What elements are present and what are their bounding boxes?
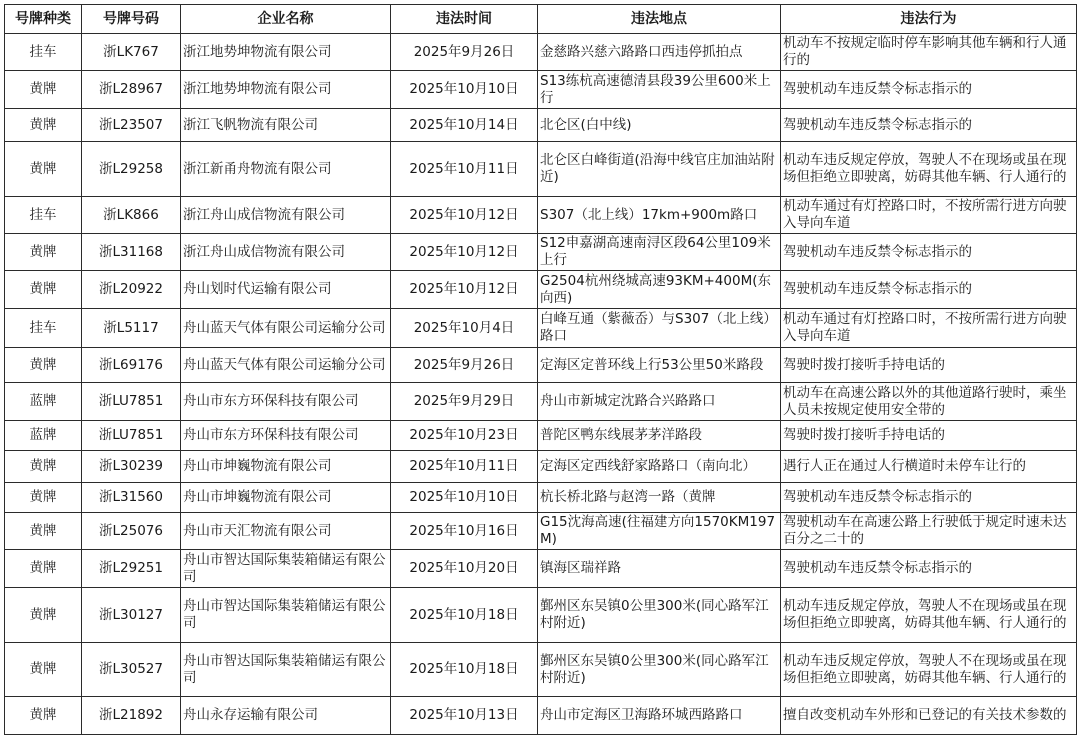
table-row: 黄牌浙L30527舟山市智达国际集装箱储运有限公司2025年10月18日鄞州区东…	[5, 643, 1077, 697]
cell-plate-number: 浙L69176	[82, 348, 181, 383]
cell-violation-location: 普陀区鸭东线展茅茅洋路段	[538, 421, 781, 451]
cell-violation-behavior: 驾驶时拨打接听手持电话的	[781, 348, 1077, 383]
cell-company-name: 浙江舟山成信物流有限公司	[181, 234, 391, 271]
table-row: 黄牌浙L31560舟山市坤巍物流有限公司2025年10月10日杭长桥北路与赵湾一…	[5, 483, 1077, 513]
cell-plate-number: 浙L29251	[82, 550, 181, 588]
cell-company-name: 舟山市天汇物流有限公司	[181, 513, 391, 550]
cell-violation-time: 2025年10月12日	[391, 197, 538, 234]
cell-plate-number: 浙LU7851	[82, 383, 181, 421]
table-row: 黄牌浙L30239舟山市坤巍物流有限公司2025年10月11日定海区定西线舒家路…	[5, 451, 1077, 483]
cell-violation-location: 北仑区白峰街道(沿海中线官庄加油站附近)	[538, 142, 781, 197]
cell-company-name: 舟山市智达国际集装箱储运有限公司	[181, 550, 391, 588]
table-row: 挂车浙L5117舟山蓝天气体有限公司运输分公司2025年10月4日白峰互通（紫薇…	[5, 309, 1077, 348]
cell-violation-location: 定海区定西线舒家路路口（南向北）	[538, 451, 781, 483]
cell-violation-time: 2025年9月29日	[391, 383, 538, 421]
table-row: 挂车浙LK866浙江舟山成信物流有限公司2025年10月12日S307（北上线）…	[5, 197, 1077, 234]
table-row: 黄牌浙L30127舟山市智达国际集装箱储运有限公司2025年10月18日鄞州区东…	[5, 588, 1077, 643]
cell-violation-location: S13练杭高速德清县段39公里600米上行	[538, 71, 781, 109]
cell-plate-number: 浙L23507	[82, 109, 181, 142]
cell-plate-type: 黄牌	[5, 109, 82, 142]
cell-plate-number: 浙L31168	[82, 234, 181, 271]
cell-plate-number: 浙LU7851	[82, 421, 181, 451]
header-violation-time: 违法时间	[391, 5, 538, 34]
cell-plate-number: 浙L28967	[82, 71, 181, 109]
table-row: 黄牌浙L23507浙江飞帆物流有限公司2025年10月14日北仑区(白中线)驾驶…	[5, 109, 1077, 142]
cell-violation-behavior: 机动车违反规定停放，驾驶人不在现场或虽在现场但拒绝立即驶离，妨碍其他车辆、行人通…	[781, 142, 1077, 197]
cell-violation-time: 2025年10月20日	[391, 550, 538, 588]
cell-violation-behavior: 机动车不按规定临时停车影响其他车辆和行人通行的	[781, 34, 1077, 71]
cell-plate-number: 浙L29258	[82, 142, 181, 197]
cell-company-name: 舟山市坤巍物流有限公司	[181, 483, 391, 513]
cell-violation-location: 白峰互通（紫薇岙）与S307（北上线）路口	[538, 309, 781, 348]
cell-plate-type: 蓝牌	[5, 383, 82, 421]
cell-plate-type: 黄牌	[5, 550, 82, 588]
cell-violation-time: 2025年10月23日	[391, 421, 538, 451]
cell-violation-time: 2025年10月12日	[391, 271, 538, 309]
cell-violation-behavior: 驾驶机动车违反禁令标志指示的	[781, 234, 1077, 271]
cell-violation-time: 2025年10月12日	[391, 234, 538, 271]
table-row: 黄牌浙L29251舟山市智达国际集装箱储运有限公司2025年10月20日镇海区瑞…	[5, 550, 1077, 588]
cell-plate-type: 挂车	[5, 309, 82, 348]
cell-violation-location: 杭长桥北路与赵湾一路（黄牌	[538, 483, 781, 513]
header-company-name: 企业名称	[181, 5, 391, 34]
cell-violation-behavior: 机动车通过有灯控路口时，不按所需行进方向驶入导向车道	[781, 197, 1077, 234]
table-row: 黄牌浙L69176舟山蓝天气体有限公司运输分公司2025年9月26日定海区定普环…	[5, 348, 1077, 383]
cell-violation-behavior: 机动车违反规定停放，驾驶人不在现场或虽在现场但拒绝立即驶离，妨碍其他车辆、行人通…	[781, 643, 1077, 697]
cell-violation-time: 2025年10月11日	[391, 142, 538, 197]
cell-plate-number: 浙L30127	[82, 588, 181, 643]
cell-plate-type: 黄牌	[5, 142, 82, 197]
cell-violation-location: G2504杭州绕城高速93KM+400M(东向西)	[538, 271, 781, 309]
cell-violation-time: 2025年10月14日	[391, 109, 538, 142]
cell-violation-behavior: 机动车违反规定停放，驾驶人不在现场或虽在现场但拒绝立即驶离，妨碍其他车辆、行人通…	[781, 588, 1077, 643]
cell-violation-location: 鄞州区东吴镇0公里300米(同心路军江村附近)	[538, 588, 781, 643]
cell-company-name: 浙江地势坤物流有限公司	[181, 71, 391, 109]
table-row: 黄牌浙L21892舟山永存运输有限公司2025年10月13日舟山市定海区卫海路环…	[5, 697, 1077, 735]
cell-company-name: 舟山市东方环保科技有限公司	[181, 421, 391, 451]
cell-company-name: 浙江舟山成信物流有限公司	[181, 197, 391, 234]
table-row: 黄牌浙L20922舟山划时代运输有限公司2025年10月12日G2504杭州绕城…	[5, 271, 1077, 309]
cell-plate-number: 浙L30239	[82, 451, 181, 483]
cell-plate-number: 浙L20922	[82, 271, 181, 309]
cell-company-name: 舟山市智达国际集装箱储运有限公司	[181, 588, 391, 643]
header-plate-number: 号牌号码	[82, 5, 181, 34]
cell-plate-type: 黄牌	[5, 643, 82, 697]
cell-violation-location: 定海区定普环线上行53公里50米路段	[538, 348, 781, 383]
header-violation-location: 违法地点	[538, 5, 781, 34]
cell-company-name: 舟山蓝天气体有限公司运输分公司	[181, 309, 391, 348]
table-row: 黄牌浙L31168浙江舟山成信物流有限公司2025年10月12日S12申嘉湖高速…	[5, 234, 1077, 271]
cell-plate-type: 黄牌	[5, 483, 82, 513]
cell-violation-location: 镇海区瑞祥路	[538, 550, 781, 588]
cell-company-name: 舟山市智达国际集装箱储运有限公司	[181, 643, 391, 697]
cell-plate-type: 黄牌	[5, 588, 82, 643]
cell-violation-location: S12申嘉湖高速南浔区段64公里109米上行	[538, 234, 781, 271]
cell-violation-time: 2025年10月10日	[391, 71, 538, 109]
cell-violation-behavior: 驾驶时拨打接听手持电话的	[781, 421, 1077, 451]
cell-company-name: 浙江地势坤物流有限公司	[181, 34, 391, 71]
cell-plate-type: 挂车	[5, 34, 82, 71]
cell-company-name: 浙江飞帆物流有限公司	[181, 109, 391, 142]
cell-violation-time: 2025年10月13日	[391, 697, 538, 735]
table-row: 挂车浙LK767浙江地势坤物流有限公司2025年9月26日金慈路兴慈六路路口西违…	[5, 34, 1077, 71]
cell-plate-type: 黄牌	[5, 451, 82, 483]
cell-violation-time: 2025年10月4日	[391, 309, 538, 348]
table-body: 挂车浙LK767浙江地势坤物流有限公司2025年9月26日金慈路兴慈六路路口西违…	[5, 34, 1077, 735]
cell-plate-number: 浙L5117	[82, 309, 181, 348]
cell-violation-behavior: 遇行人正在通过人行横道时未停车让行的	[781, 451, 1077, 483]
violations-table: 号牌种类 号牌号码 企业名称 违法时间 违法地点 违法行为 挂车浙LK767浙江…	[4, 4, 1077, 735]
cell-violation-behavior: 驾驶机动车违反禁令标志指示的	[781, 271, 1077, 309]
cell-plate-type: 黄牌	[5, 513, 82, 550]
cell-plate-type: 蓝牌	[5, 421, 82, 451]
cell-violation-behavior: 驾驶机动车在高速公路上行驶低于规定时速未达百分之二十的	[781, 513, 1077, 550]
cell-plate-type: 黄牌	[5, 348, 82, 383]
cell-violation-time: 2025年10月18日	[391, 588, 538, 643]
cell-violation-location: G15沈海高速(往福建方向1570KM197M)	[538, 513, 781, 550]
cell-company-name: 舟山市东方环保科技有限公司	[181, 383, 391, 421]
cell-violation-time: 2025年10月18日	[391, 643, 538, 697]
cell-violation-time: 2025年10月10日	[391, 483, 538, 513]
cell-violation-behavior: 驾驶机动车违反禁令标志指示的	[781, 71, 1077, 109]
cell-company-name: 舟山蓝天气体有限公司运输分公司	[181, 348, 391, 383]
cell-violation-behavior: 擅自改变机动车外形和已登记的有关技术参数的	[781, 697, 1077, 735]
table-header: 号牌种类 号牌号码 企业名称 违法时间 违法地点 违法行为	[5, 5, 1077, 34]
table-row: 蓝牌浙LU7851舟山市东方环保科技有限公司2025年10月23日普陀区鸭东线展…	[5, 421, 1077, 451]
header-row: 号牌种类 号牌号码 企业名称 违法时间 违法地点 违法行为	[5, 5, 1077, 34]
cell-violation-location: 金慈路兴慈六路路口西违停抓拍点	[538, 34, 781, 71]
cell-plate-type: 黄牌	[5, 271, 82, 309]
cell-violation-behavior: 机动车通过有灯控路口时，不按所需行进方向驶入导向车道	[781, 309, 1077, 348]
table-row: 黄牌浙L28967浙江地势坤物流有限公司2025年10月10日S13练杭高速德清…	[5, 71, 1077, 109]
cell-violation-location: 鄞州区东吴镇0公里300米(同心路军江村附近)	[538, 643, 781, 697]
cell-plate-type: 挂车	[5, 197, 82, 234]
cell-violation-behavior: 机动车在高速公路以外的其他道路行驶时，乘坐人员未按规定使用安全带的	[781, 383, 1077, 421]
cell-company-name: 舟山永存运输有限公司	[181, 697, 391, 735]
cell-plate-number: 浙L21892	[82, 697, 181, 735]
cell-violation-behavior: 驾驶机动车违反禁令标志指示的	[781, 109, 1077, 142]
cell-violation-time: 2025年9月26日	[391, 348, 538, 383]
cell-plate-number: 浙L30527	[82, 643, 181, 697]
cell-violation-behavior: 驾驶机动车违反禁令标志指示的	[781, 483, 1077, 513]
table-row: 黄牌浙L29258浙江新甬舟物流有限公司2025年10月11日北仑区白峰街道(沿…	[5, 142, 1077, 197]
cell-violation-location: 舟山市新城定沈路合兴路路口	[538, 383, 781, 421]
cell-plate-number: 浙LK866	[82, 197, 181, 234]
cell-violation-location: S307（北上线）17km+900m路口	[538, 197, 781, 234]
cell-violation-time: 2025年10月11日	[391, 451, 538, 483]
table-row: 黄牌浙L25076舟山市天汇物流有限公司2025年10月16日G15沈海高速(往…	[5, 513, 1077, 550]
header-plate-type: 号牌种类	[5, 5, 82, 34]
cell-violation-location: 舟山市定海区卫海路环城西路路口	[538, 697, 781, 735]
cell-plate-type: 黄牌	[5, 234, 82, 271]
cell-violation-time: 2025年9月26日	[391, 34, 538, 71]
cell-plate-number: 浙L31560	[82, 483, 181, 513]
cell-company-name: 舟山市坤巍物流有限公司	[181, 451, 391, 483]
cell-plate-type: 黄牌	[5, 71, 82, 109]
cell-plate-type: 黄牌	[5, 697, 82, 735]
cell-company-name: 舟山划时代运输有限公司	[181, 271, 391, 309]
cell-company-name: 浙江新甬舟物流有限公司	[181, 142, 391, 197]
header-violation-behavior: 违法行为	[781, 5, 1077, 34]
cell-violation-location: 北仑区(白中线)	[538, 109, 781, 142]
cell-plate-number: 浙LK767	[82, 34, 181, 71]
cell-violation-time: 2025年10月16日	[391, 513, 538, 550]
cell-plate-number: 浙L25076	[82, 513, 181, 550]
cell-violation-behavior: 驾驶机动车违反禁令标志指示的	[781, 550, 1077, 588]
table-row: 蓝牌浙LU7851舟山市东方环保科技有限公司2025年9月29日舟山市新城定沈路…	[5, 383, 1077, 421]
